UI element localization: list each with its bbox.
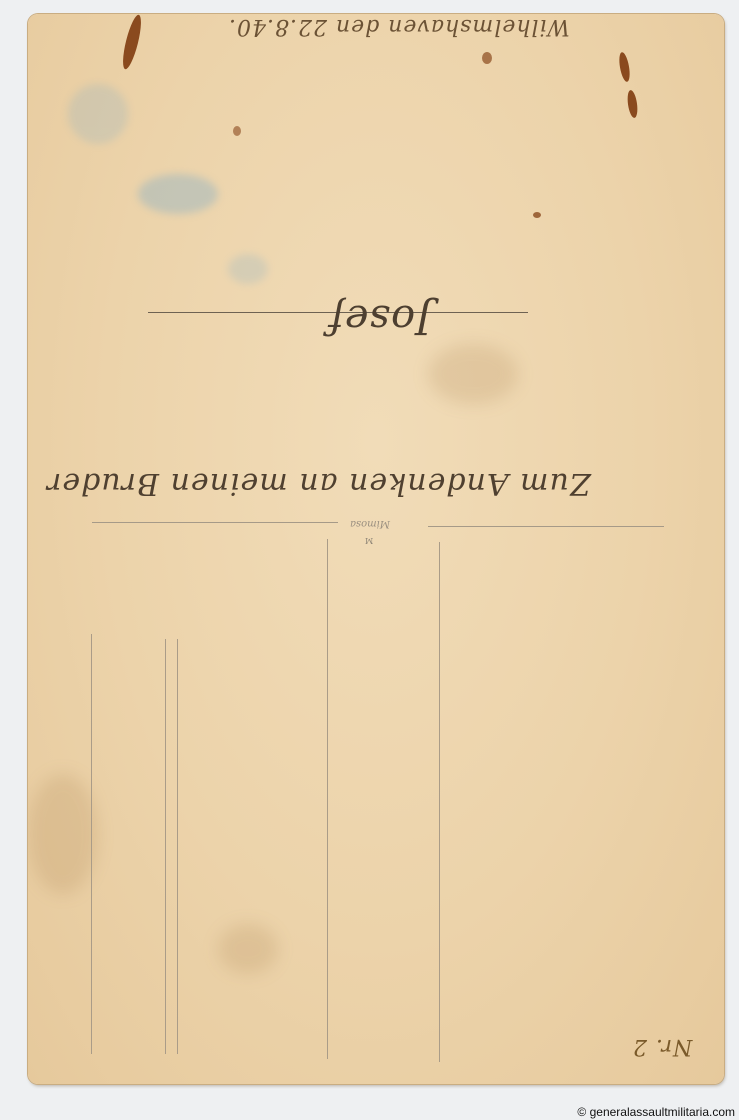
age-stain (428, 344, 518, 404)
age-stain (28, 774, 98, 894)
handwritten-date-line: Wilhelmshaven den 22.8.40. (228, 14, 570, 39)
rust-stain (617, 51, 631, 82)
ink-stain (228, 254, 268, 284)
publisher-logo: M (365, 536, 373, 545)
column-line (165, 639, 166, 1054)
handwritten-signature: Josef (328, 296, 432, 342)
postcard-back: Wilhelmshaven den 22.8.40. Josef Zum And… (28, 14, 724, 1084)
column-line (91, 634, 92, 1054)
watermark-copyright: © generalassaultmilitaria.com (577, 1105, 735, 1119)
rust-stain (233, 126, 241, 136)
column-line (177, 639, 178, 1054)
rust-stain (626, 90, 639, 119)
ink-stain (68, 84, 128, 144)
handwritten-corner-note: Nr. 2 (632, 1034, 692, 1059)
rust-stain (482, 52, 492, 64)
rust-stain (119, 14, 144, 71)
publisher-mark: Mimosa (350, 518, 390, 529)
column-line (439, 542, 440, 1062)
handwritten-message: Zum Andenken an meinen Bruder (46, 466, 591, 501)
divider-line-left (92, 522, 338, 523)
rust-stain (533, 212, 541, 218)
age-stain (218, 924, 278, 974)
ink-stain (138, 174, 218, 214)
column-line (327, 539, 328, 1059)
divider-line-right (428, 526, 664, 527)
